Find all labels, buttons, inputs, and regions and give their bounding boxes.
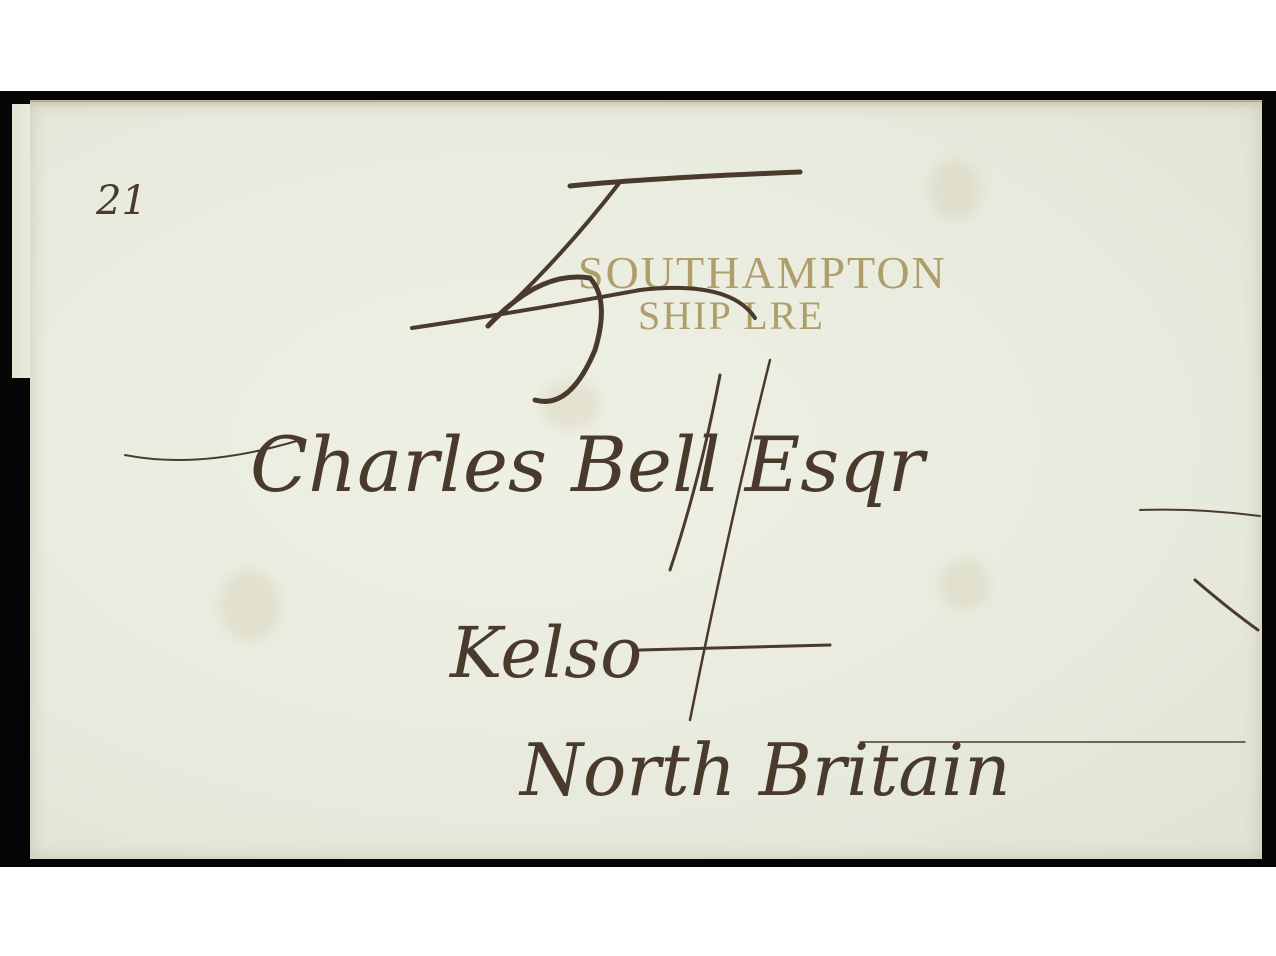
handstamp-line-2: SHIP LRE: [578, 296, 947, 336]
address-line-1: Charles Bell Esqr: [250, 420, 924, 509]
foxing-stain: [220, 570, 280, 640]
ship-letter-handstamp: SOUTHAMPTON SHIP LRE: [578, 250, 947, 336]
docket-number: 21: [96, 178, 147, 224]
foxing-stain: [930, 160, 980, 220]
paper-top-edge: [30, 100, 1262, 108]
foxing-stain: [940, 560, 990, 610]
address-line-3: North Britain: [520, 728, 1011, 812]
address-line-2: Kelso: [450, 612, 642, 694]
handstamp-line-1: SOUTHAMPTON: [578, 250, 947, 296]
